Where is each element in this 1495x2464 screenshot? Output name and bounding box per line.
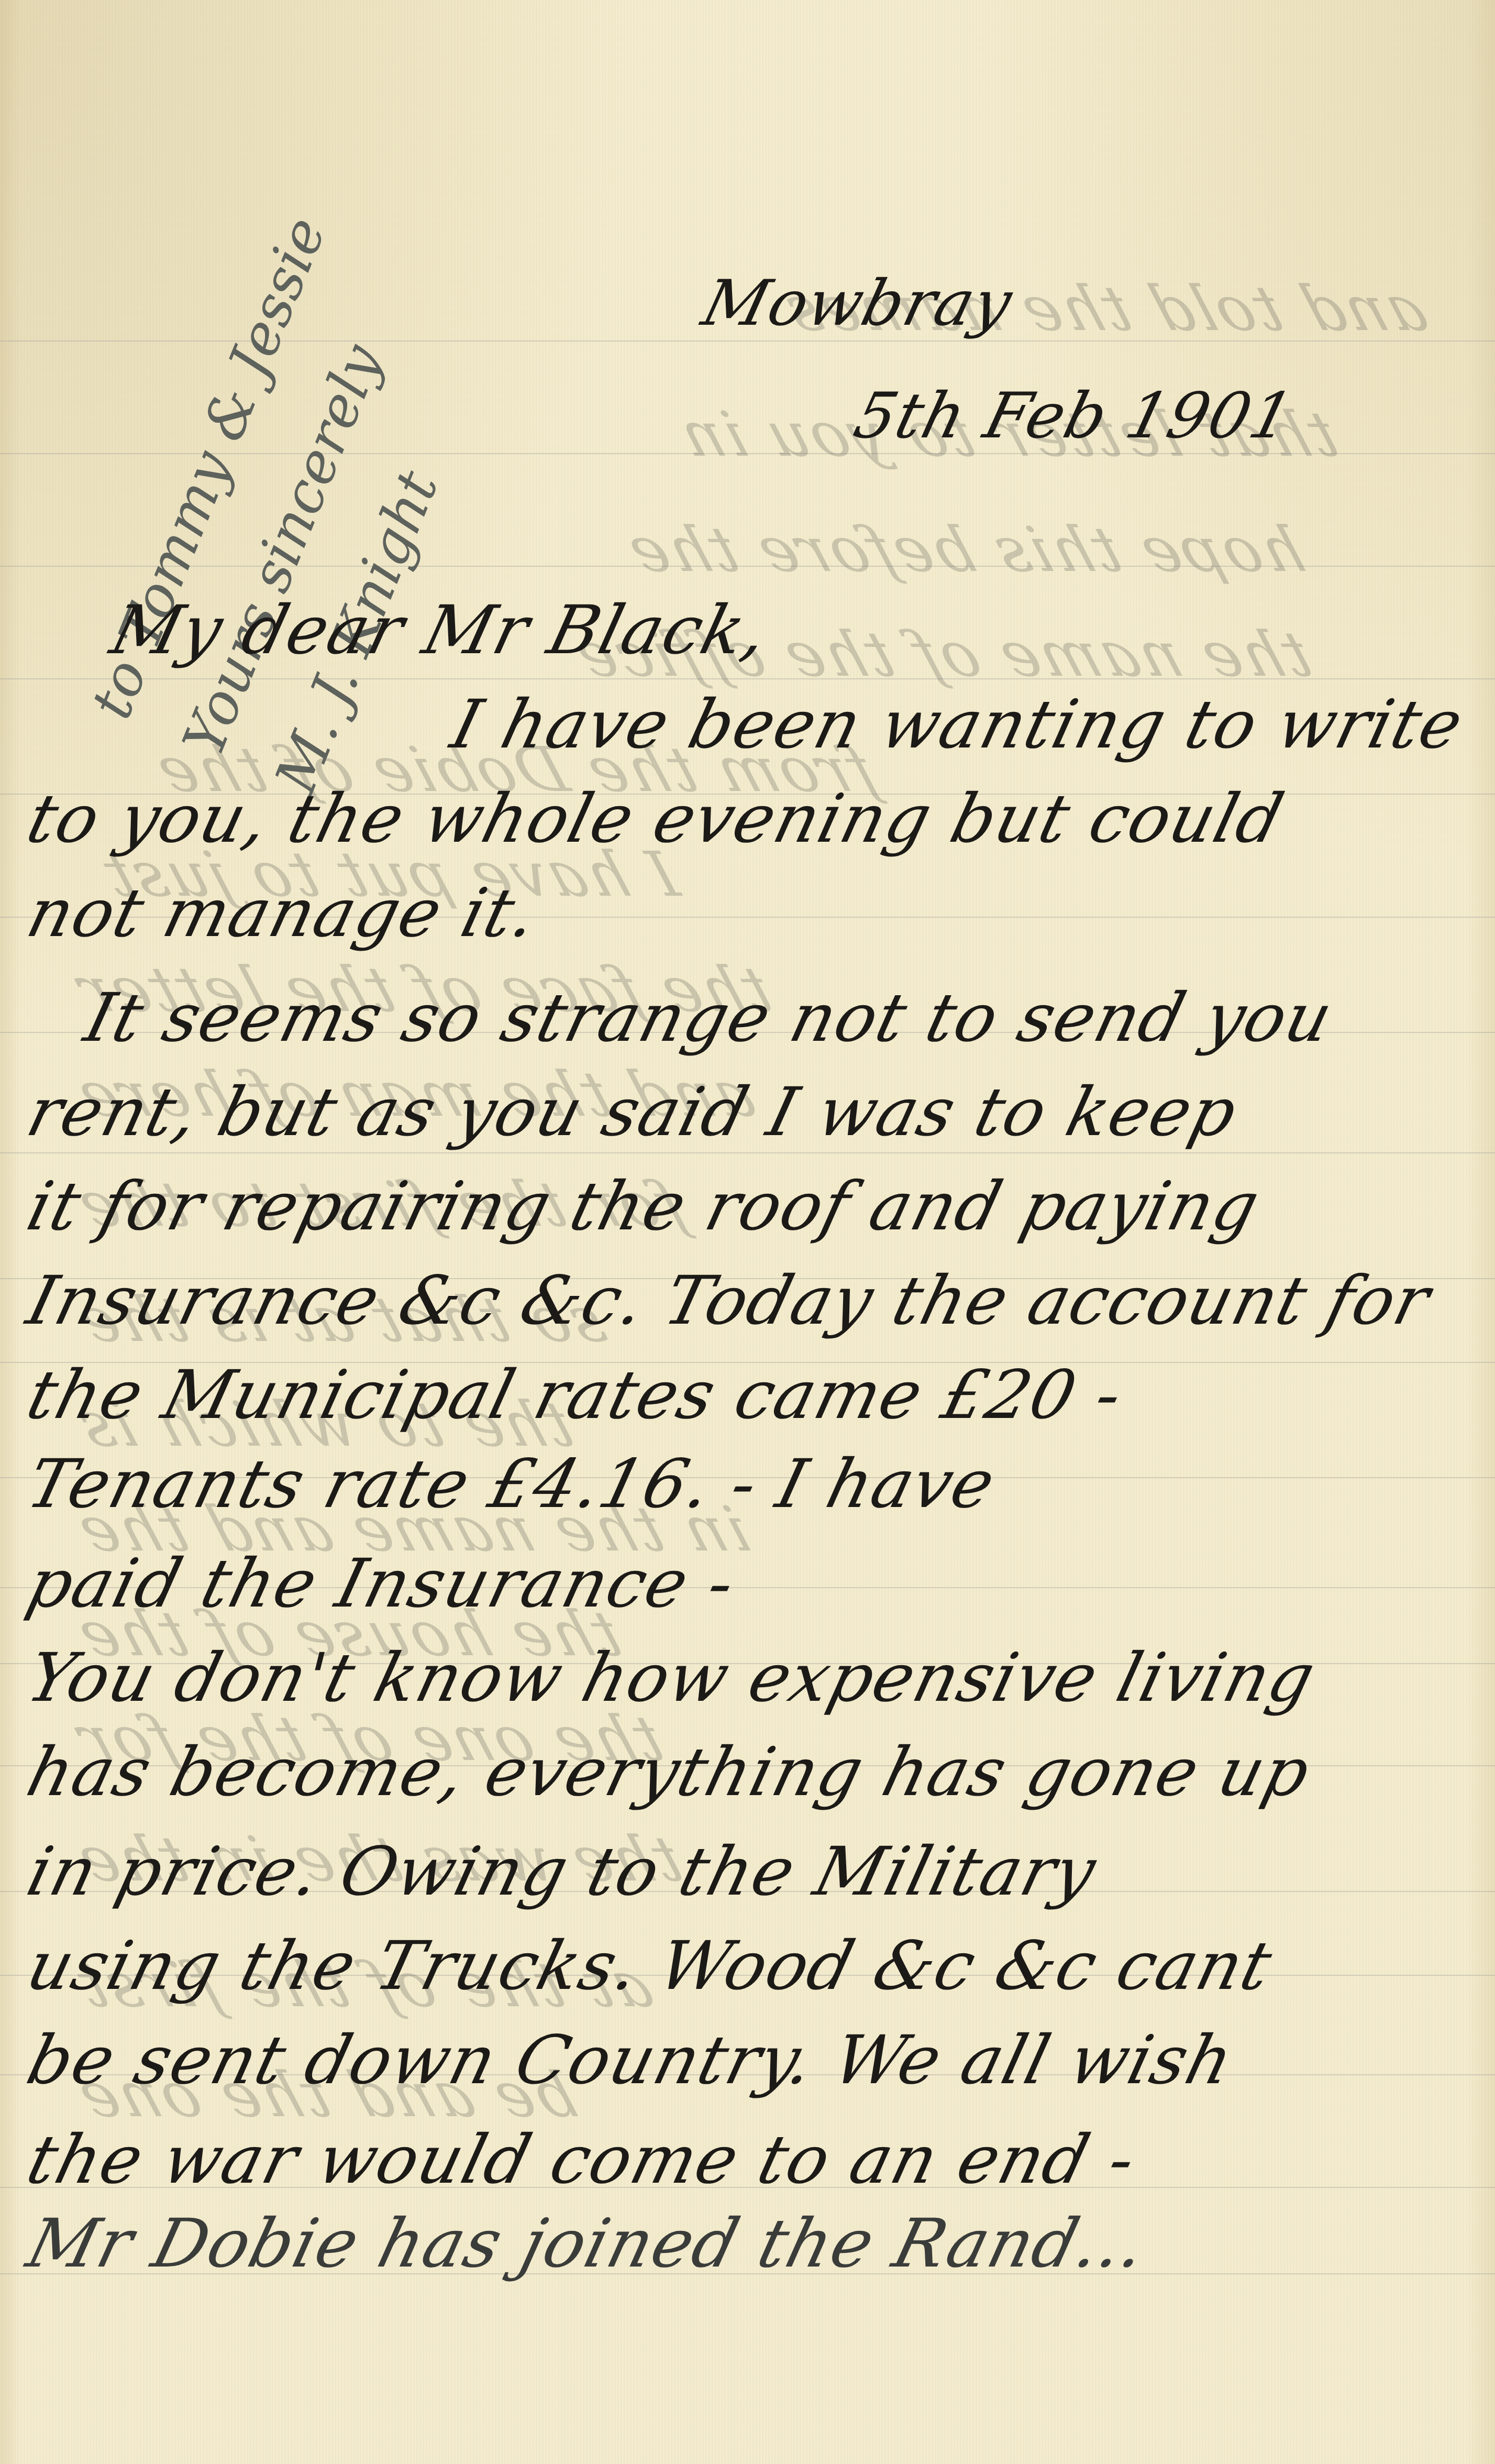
body-line: it for repairing the roof and paying bbox=[21, 1173, 1266, 1240]
letter-date: 5th Feb 1901 bbox=[848, 385, 1300, 448]
body-line: paid the Insurance - bbox=[21, 1550, 741, 1618]
body-line: not manage it. bbox=[21, 880, 544, 947]
bleed-through-line: hope this before the bbox=[617, 513, 1314, 586]
body-line: rent, but as you said I was to keep bbox=[21, 1079, 1244, 1146]
body-line: Mr Dobie has joined the Rand... bbox=[21, 2210, 1153, 2278]
body-line: to you, the whole evening but could bbox=[21, 786, 1290, 853]
letter-place: Mowbray bbox=[696, 272, 1018, 335]
body-line: in price. Owing to the Military bbox=[21, 1839, 1103, 1906]
ruled-line bbox=[0, 1152, 1495, 1153]
body-line: the Municipal rates came £20 - bbox=[21, 1362, 1129, 1429]
body-line: I have been wanting to write bbox=[445, 691, 1470, 758]
body-line: It seems so strange not to send you bbox=[79, 985, 1339, 1052]
body-line: Insurance &c &c. Today the account for bbox=[21, 1268, 1437, 1335]
body-line: be sent down Country. We all wish bbox=[21, 2027, 1240, 2094]
body-line: the war would come to an end - bbox=[21, 2127, 1143, 2194]
salutation: My dear Mr Black, bbox=[105, 597, 775, 664]
body-line: You don't know how expensive living bbox=[21, 1645, 1322, 1712]
body-line: using the Trucks. Wood &c &c cant bbox=[21, 1933, 1279, 2000]
body-line: has become, everything has gone up bbox=[21, 1739, 1317, 1806]
body-line: Tenants rate £4.16. - I have bbox=[21, 1451, 1002, 1518]
